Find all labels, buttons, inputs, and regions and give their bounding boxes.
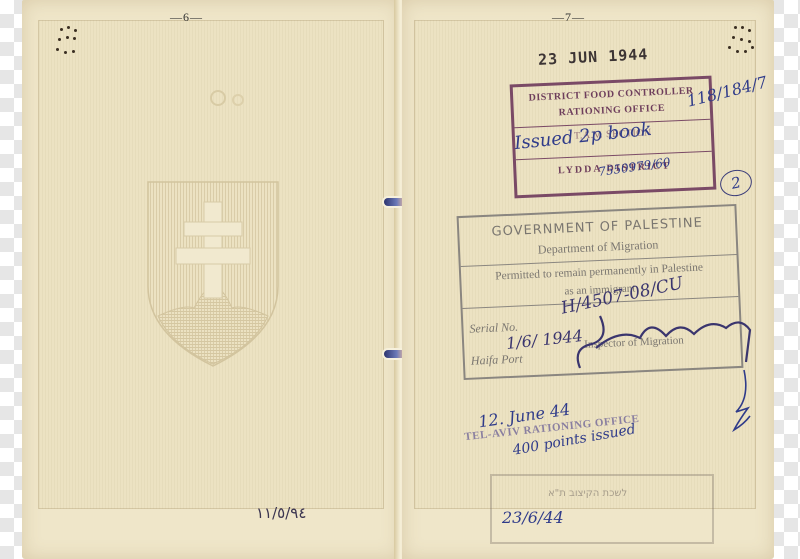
page-7: —7— 23 JUN 1944 DISTRICT FOOD CONTROLLER… (402, 0, 774, 559)
embossed-seal-mark (208, 88, 248, 108)
page-number: —7— (552, 10, 585, 25)
stamp-line: לשכת הקיצוב ת"א (548, 488, 627, 499)
perforation-number-icon (728, 26, 754, 56)
initials-mark (730, 368, 754, 443)
stamp-line: RATIONING OFFICE (514, 101, 710, 121)
perforation-number-icon (56, 26, 82, 56)
handwritten-note: ١١/٥/٩٤ (256, 504, 306, 522)
page-6: —6— ١١/٥/٩٤ (22, 0, 400, 559)
passport-spread: —6— ١١/٥/٩٤ (22, 0, 774, 559)
coat-of-arms-icon (144, 176, 282, 368)
page-number: —6— (170, 10, 203, 25)
handwritten-bottom-date: 23/6/44 (502, 508, 564, 527)
